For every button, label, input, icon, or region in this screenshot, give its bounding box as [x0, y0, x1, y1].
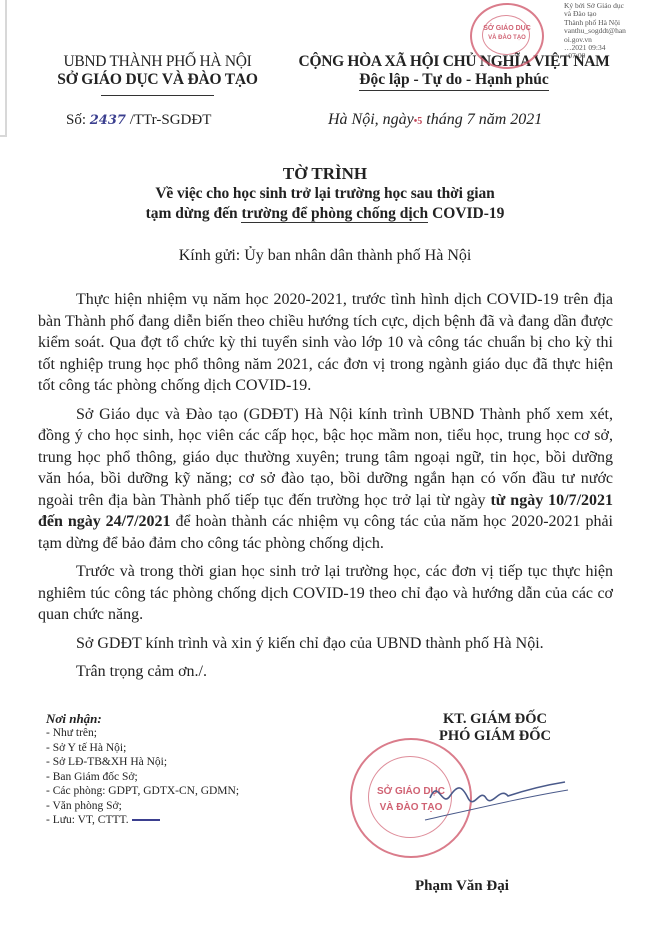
recipient-item: - Các phòng: GDPT, GDTX-CN, GDMN;	[46, 784, 239, 799]
subject-text-end: COVID-19	[428, 205, 504, 222]
official-seal-top: SỞ GIÁO DỤC VÀ ĐÀO TẠO	[470, 3, 544, 69]
addressee: Kính gửi: Ủy ban nhân dân thành phố Hà N…	[0, 247, 650, 265]
paragraph-3: Trước và trong thời gian học sinh trở lạ…	[38, 561, 613, 626]
agency-name: SỞ GIÁO DỤC VÀ ĐÀO TẠO	[30, 71, 285, 89]
recipient-item: - Văn phòng Sở;	[46, 799, 239, 814]
recipient-item: - Sở LĐ-TB&XH Hà Nội;	[46, 755, 239, 770]
signer-name: Phạm Văn Đại	[415, 878, 509, 895]
document-number-suffix: /TTr-SGDĐT	[130, 112, 212, 128]
seal-text-line1: SỞ GIÁO DỤC	[472, 25, 542, 32]
date-prefix: Hà Nội, ngày	[328, 111, 414, 128]
esign-line: +07:00	[564, 52, 650, 60]
digital-signature-note: Ký bởi Sở Giáo dụcvà Đào tạoThành phố Hà…	[564, 2, 650, 61]
document-title: TỜ TRÌNH	[0, 164, 650, 184]
subject-underlined-text: trường để phòng chống dịch	[241, 205, 428, 223]
recipient-item: - Ban Giám đốc Sở;	[46, 770, 239, 785]
agency-parent: UBND THÀNH PHỐ HÀ NỘI	[30, 53, 285, 71]
paragraph-2: Sở Giáo dục và Đào tạo (GDĐT) Hà Nội kín…	[38, 404, 613, 555]
document-number-label: Số:	[66, 112, 86, 128]
agency-underline	[101, 95, 214, 96]
document-number-handwritten: 2437	[90, 113, 126, 128]
closing: Trân trọng cảm ơn./.	[38, 661, 613, 683]
recipients-heading: Nơi nhận:	[46, 711, 239, 726]
initials-scribble-icon	[132, 819, 160, 821]
seal-text-line2: VÀ ĐÀO TẠO	[472, 35, 542, 41]
paragraph-4: Sở GDĐT kính trình và xin ý kiến chỉ đạo…	[38, 633, 613, 655]
document-body: Thực hiện nhiệm vụ năm học 2020-2021, tr…	[38, 289, 613, 690]
page-edge-line	[5, 0, 7, 136]
issuing-agency: UBND THÀNH PHỐ HÀ NỘI SỞ GIÁO DỤC VÀ ĐÀO…	[30, 53, 285, 96]
date-suffix: tháng 7 năm 2021	[422, 111, 542, 128]
document-subject-line1: Về việc cho học sinh trở lại trường học …	[0, 185, 650, 203]
recipient-item: - Lưu: VT, CTTT.	[46, 813, 239, 828]
recipients-items: - Như trên;- Sở Y tế Hà Nội;- Sở LĐ-TB&X…	[46, 726, 239, 828]
recipients-list: Nơi nhận: - Như trên;- Sở Y tế Hà Nội;- …	[46, 711, 239, 828]
document-subject-line2: tạm dừng đến trường để phòng chống dịch …	[0, 205, 650, 223]
paragraph-1: Thực hiện nhiệm vụ năm học 2020-2021, tr…	[38, 289, 613, 397]
recipient-item: - Như trên;	[46, 726, 239, 741]
document-number: Số: 2437 /TTr-SGDĐT	[66, 112, 211, 129]
handwritten-signature-icon	[420, 768, 570, 828]
subject-text: tạm dừng đến	[146, 205, 242, 222]
page-edge-line-horizontal	[0, 135, 7, 137]
signer-title-1: KT. GIÁM ĐỐC	[395, 711, 595, 728]
recipient-item: - Sở Y tế Hà Nội;	[46, 741, 239, 756]
motto: Độc lập - Tự do - Hạnh phúc	[359, 71, 548, 91]
document-date: Hà Nội, ngày•5 tháng 7 năm 2021	[328, 111, 542, 129]
